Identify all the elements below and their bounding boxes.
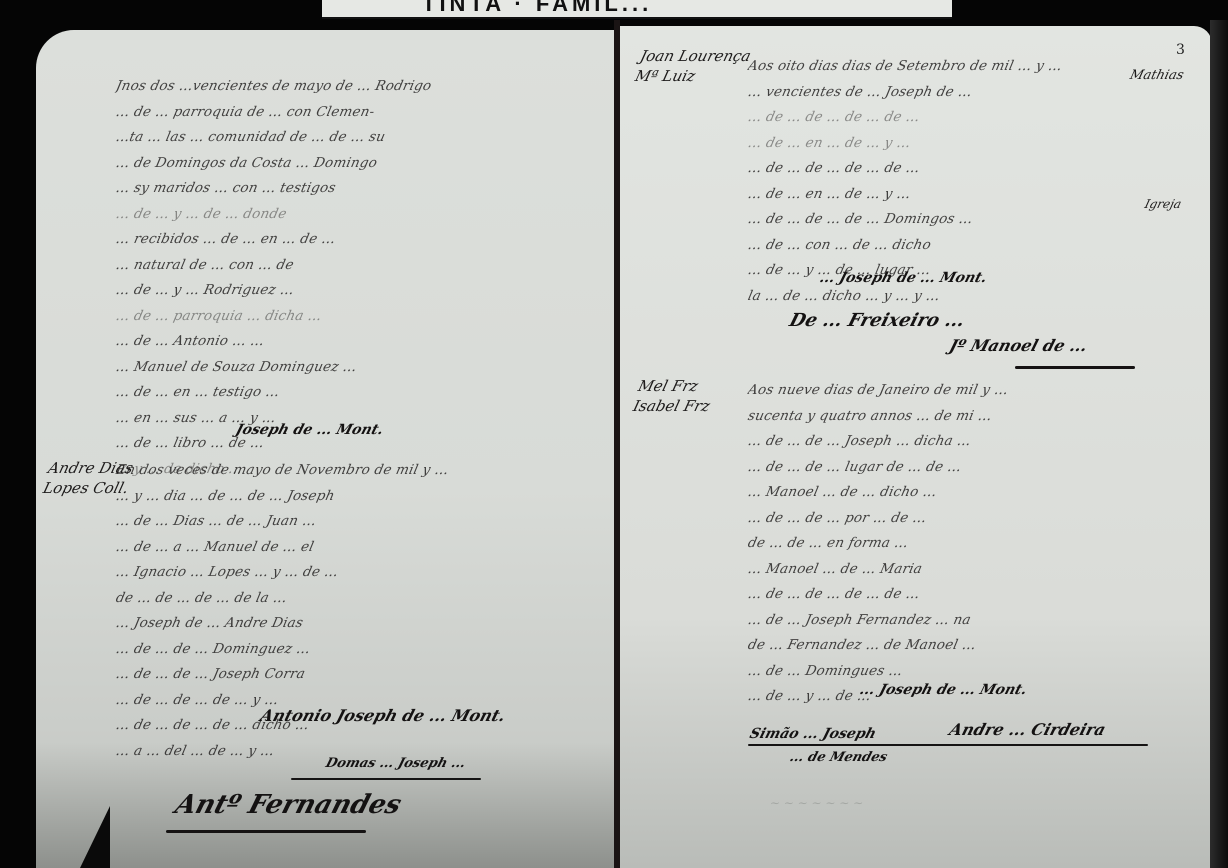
right-margin-note-middle: Mel Frz Isabel Frz: [631, 376, 717, 416]
witness-signature-underline: [291, 778, 481, 780]
text-line: ... de ... Antonio ... ...: [113, 329, 518, 355]
text-line: ... de ... en ... de ... y ...: [745, 131, 1120, 157]
text-line: de ... de ... de ... de la ...: [113, 586, 518, 612]
folio-number: 3: [1176, 42, 1185, 58]
text-line: ... de Domingos da Costa ... Domingo: [113, 151, 518, 177]
text-line: ... natural de ... con ... de: [113, 253, 518, 279]
text-line: ... de ... Domingues ...: [745, 659, 1120, 685]
margin-note-line: Joan Lourença: [638, 46, 753, 66]
text-line: de ... Fernandez ... de Manoel ...: [745, 633, 1120, 659]
right-page: Joan Lourença Mª Luiz Mathias Igreja Aos…: [620, 26, 1212, 868]
right-witness-signature-2: Andre ... Cirdeira: [947, 720, 1108, 739]
text-line: ... Ignacio ... Lopes ... y ... de ...: [113, 560, 518, 586]
text-line: ...ta ... las ... comunidad de ... de ..…: [113, 125, 518, 151]
right-entry-2: Aos nueve dias de Janeiro de mil y ... s…: [748, 378, 1118, 710]
text-line: Jnos dos ...vencientes de mayo de ... Ro…: [113, 74, 518, 100]
text-line: ... sy maridos ... con ... testigos: [113, 176, 518, 202]
right-margin-note-top-right: Mathias: [1128, 66, 1186, 86]
text-line: ... de ... de ... de ... Domingos ...: [745, 207, 1120, 233]
right-signature-1: De ... Freixeiro ...: [787, 310, 967, 331]
text-line: ... de ... de ... de ... de ...: [745, 156, 1120, 182]
text-line: ... de ... y ... de ... donde: [113, 202, 518, 228]
text-line: ... de ... a ... Manuel de ... el: [113, 535, 518, 561]
text-line: ... de ... Dias ... de ... Juan ...: [113, 509, 518, 535]
text-line: ... de ... de ... de ... de ...: [745, 582, 1120, 608]
large-signature: Antº Fernandes: [172, 790, 405, 820]
left-entry-2-signature: Antonio Joseph de ... Mont.: [258, 706, 508, 725]
bleed-through-text: ~ ~ ~ ~ ~ ~ ~: [769, 796, 865, 810]
text-line: ... de ... de ... por ... de ...: [745, 506, 1120, 532]
microfilm-header-label: TINTA · FAMIL...: [322, 0, 952, 19]
margin-note-line: Mª Luiz: [633, 66, 748, 86]
witness-signature: Domas ... Joseph ...: [324, 756, 467, 771]
large-signature-underline: [166, 830, 366, 833]
right-signature-2-underline: [1015, 366, 1135, 369]
text-line: ... de ... y ... Rodriguez ...: [113, 278, 518, 304]
left-entry-1-signature: Joseph de ... Mont.: [234, 422, 386, 438]
text-line: ... de ... Joseph Fernandez ... na: [745, 608, 1120, 634]
text-line: ... de ... de ... Dominguez ...: [113, 637, 518, 663]
text-line: ... de ... parroquia de ... con Clemen-: [113, 100, 518, 126]
left-page: Jnos dos ...vencientes de mayo de ... Ro…: [36, 30, 614, 868]
margin-note-line: Isabel Frz: [631, 396, 712, 416]
text-line: ... Manuel de Souza Dominguez ...: [113, 355, 518, 381]
text-line: ... de ... con ... de ... dicho: [745, 233, 1120, 259]
margin-note-line: Mel Frz: [636, 376, 717, 396]
text-line: En dos veces de mayo de Novembro de mil …: [113, 458, 518, 484]
text-line: ... de ... en ... testigo ...: [113, 380, 518, 406]
right-entry-2-signature: ... Joseph de ... Mont.: [858, 682, 1029, 698]
text-line: sucenta y quatro annos ... de mi ...: [745, 404, 1120, 430]
text-line: ... Joseph de ... Andre Dias: [113, 611, 518, 637]
right-signature-2: Jº Manoel de ...: [947, 336, 1089, 355]
text-line: ... de ... parroquia ... dicha ...: [113, 304, 518, 330]
text-line: ... vencientes de ... Joseph de ...: [745, 80, 1120, 106]
text-line: Aos oito dias dias de Setembro de mil ..…: [745, 54, 1120, 80]
text-line: ... de ... de ... lugar de ... de ...: [745, 455, 1120, 481]
text-line: ... de ... en ... de ... y ...: [745, 182, 1120, 208]
text-line: Aos nueve dias de Janeiro de mil y ...: [745, 378, 1120, 404]
right-margin-note-side: Igreja: [1143, 194, 1184, 214]
witness-signature-underline: [748, 744, 1148, 746]
right-witness-signature-1: Simão ... Joseph: [748, 726, 878, 742]
page-edge: [1210, 20, 1228, 868]
text-line: la ... de ... dicho ... y ... y ...: [745, 284, 1120, 310]
text-line: ... de ... de ... de ... de ...: [745, 105, 1120, 131]
text-line: ... de ... de ... Joseph ... dicha ...: [745, 429, 1120, 455]
right-entry-1-closing: ... Joseph de ... Mont.: [818, 270, 989, 286]
text-line: ... de ... de ... Joseph Corra: [113, 662, 518, 688]
right-margin-note-top-left: Joan Lourença Mª Luiz: [633, 46, 753, 86]
text-line: ... recibidos ... de ... en ... de ...: [113, 227, 518, 253]
text-line: ... Manoel ... de ... dicho ...: [745, 480, 1120, 506]
header-label-text: TINTA · FAMIL...: [422, 0, 652, 17]
text-line: ... Manoel ... de ... Maria: [745, 557, 1120, 583]
left-entry-1: Jnos dos ...vencientes de mayo de ... Ro…: [116, 74, 516, 482]
text-line: ... y ... dia ... de ... de ... Joseph: [113, 484, 518, 510]
right-witness-signature-3: ... de Mendes: [788, 750, 889, 765]
text-line: de ... de ... en forma ...: [745, 531, 1120, 557]
